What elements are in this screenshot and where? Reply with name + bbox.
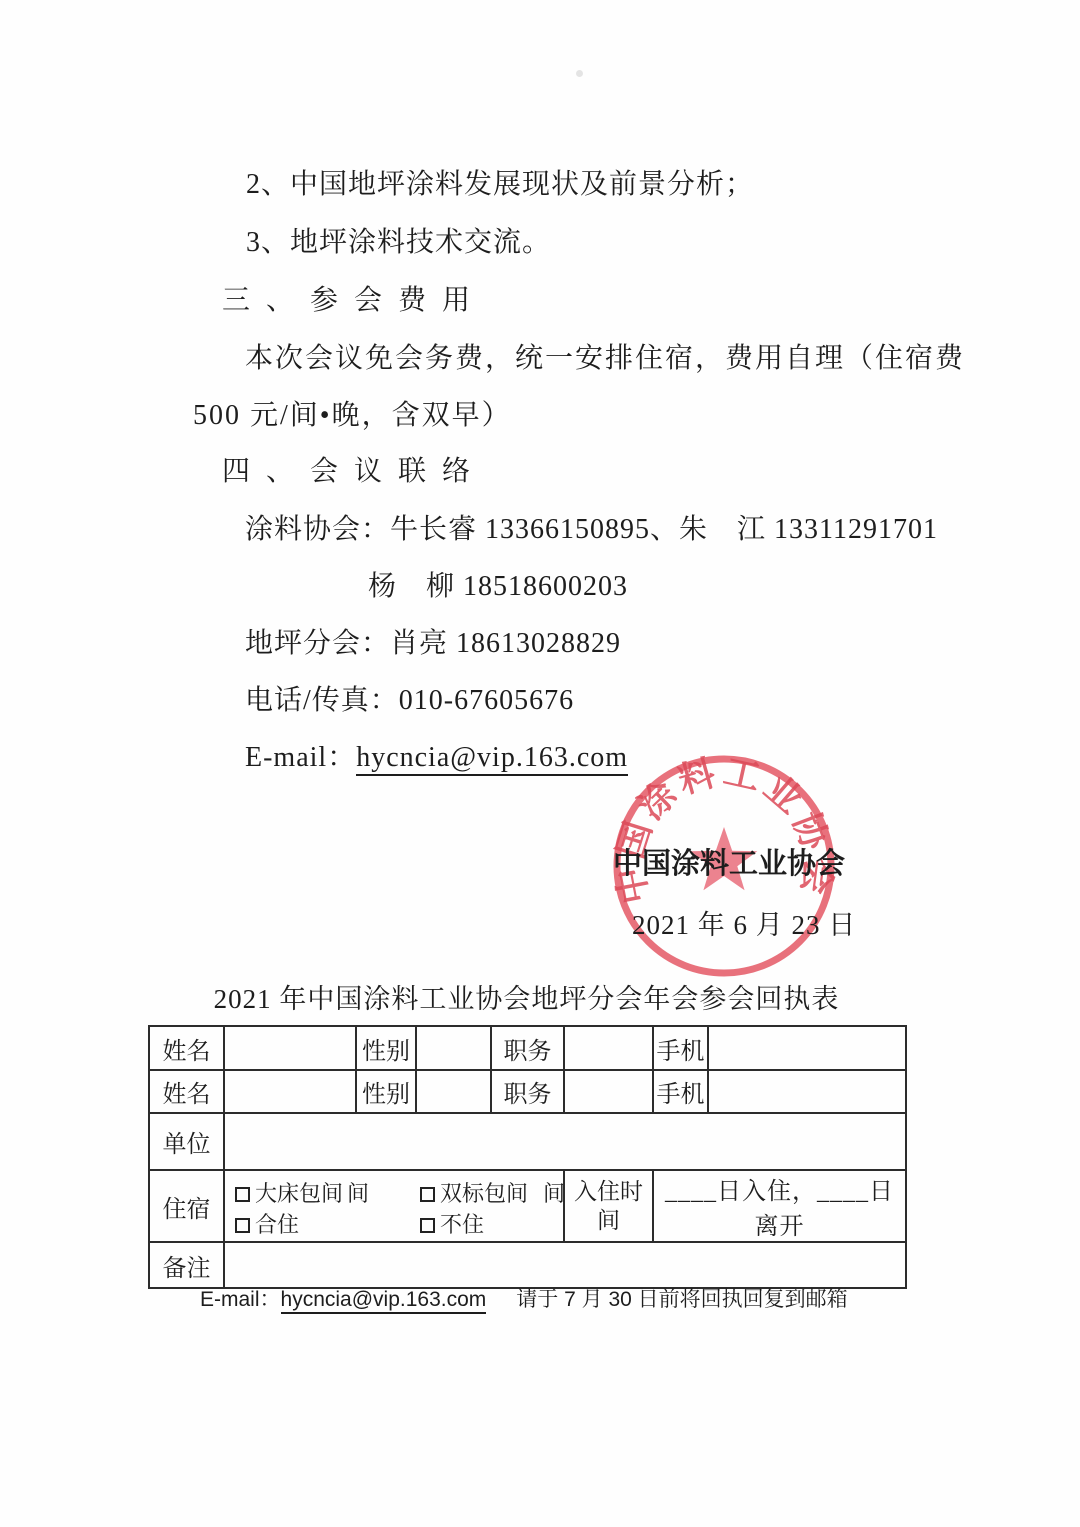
scan-artifact: [576, 70, 583, 77]
name-label: 姓名: [149, 1070, 224, 1113]
contact-line-yangliu: 杨 柳 18518600203: [368, 564, 628, 604]
lodging-option-line-1: 大床包间 间 双标包间 间: [225, 1175, 563, 1206]
checkbox-icon: [420, 1218, 435, 1233]
room-count-unit: 间: [347, 1177, 369, 1208]
checkin-label-line1: 入住时: [565, 1177, 652, 1206]
option-label: 大床包间: [255, 1181, 343, 1206]
position-input-cell: [564, 1026, 653, 1070]
section-heading-fees: 三、参会费用: [222, 278, 486, 318]
lodging-option-none: 不住: [420, 1208, 484, 1239]
lodging-option-share: 合住: [235, 1208, 299, 1239]
reply-form-title: 2021 年中国涂料工业协会地坪分会年会参会回执表: [148, 977, 905, 1016]
company-label: 单位: [149, 1113, 224, 1170]
fee-paragraph-line-1: 本次会议免会务费，统一安排住宿，费用自理（住宿费: [245, 336, 965, 376]
lodging-options-cell: 大床包间 间 双标包间 间 合住 不住: [224, 1170, 564, 1242]
lodging-option-kingbed: 大床包间: [235, 1177, 343, 1208]
footer-email-note: E-mail：hycncia@vip.163.com请于 7 月 30 日前将回…: [200, 1283, 848, 1313]
position-input-cell: [564, 1070, 653, 1113]
footer-email-address: hycncia@vip.163.com: [281, 1288, 487, 1314]
gender-input-cell: [416, 1026, 491, 1070]
name-input-cell: [224, 1026, 356, 1070]
company-input-cell: [224, 1113, 906, 1170]
table-row-lodging: 住宿 大床包间 间 双标包间 间 合住 不住 入住时 间 ____日入住，___…: [149, 1170, 906, 1242]
checkbox-icon: [420, 1187, 435, 1202]
signature-date: 2021 年 6 月 23 日: [632, 903, 856, 942]
email-label: E-mail：: [245, 742, 356, 773]
lodging-option-line-2: 合住 不住: [225, 1206, 563, 1237]
name-label: 姓名: [149, 1026, 224, 1070]
email-address: hycncia@vip.163.com: [356, 742, 628, 776]
lodging-option-twinbed: 双标包间: [420, 1177, 528, 1208]
footer-deadline-note: 请于 7 月 30 日前将回执回复到邮箱: [516, 1288, 847, 1311]
position-label: 职务: [491, 1070, 564, 1113]
checkin-time-label: 入住时 间: [564, 1170, 653, 1242]
lodging-label: 住宿: [149, 1170, 224, 1242]
option-label: 不住: [440, 1212, 484, 1237]
room-count-unit: 间: [543, 1177, 564, 1208]
signature-organization: 中国涂料工业协会: [610, 841, 848, 882]
checkin-label-line2: 间: [565, 1206, 652, 1235]
gender-input-cell: [416, 1070, 491, 1113]
mobile-label: 手机: [653, 1026, 708, 1070]
contact-line-association: 涂料协会：牛长睿 13366150895、朱 江 13311291701: [245, 507, 938, 547]
mobile-input-cell: [708, 1026, 906, 1070]
table-row-remark: 备注: [149, 1242, 906, 1288]
checkbox-icon: [235, 1187, 250, 1202]
document-page: 2、中国地坪涂料发展现状及前景分析； 3、地坪涂料技术交流。 三、参会费用 本次…: [0, 0, 1080, 1527]
remark-input-cell: [224, 1242, 906, 1288]
fee-paragraph-line-2: 500 元/间•晚，含双早）: [193, 393, 512, 433]
stay-dates-cell: ____日入住，____日离开: [653, 1170, 906, 1242]
footer-email-label: E-mail：: [200, 1288, 281, 1311]
contact-line-branch: 地坪分会：肖亮 18613028829: [245, 621, 621, 661]
name-input-cell: [224, 1070, 356, 1113]
agenda-item-2: 2、中国地坪涂料发展现状及前景分析；: [246, 162, 754, 202]
contact-line-phone-fax: 电话/传真：010-67605676: [245, 678, 574, 718]
agenda-item-3: 3、地坪涂料技术交流。: [246, 220, 551, 260]
table-row-attendee-2: 姓名 性别 职务 手机: [149, 1070, 906, 1113]
mobile-label: 手机: [653, 1070, 708, 1113]
section-heading-contacts: 四、会议联络: [222, 449, 486, 489]
gender-label: 性别: [356, 1070, 416, 1113]
checkbox-icon: [235, 1218, 250, 1233]
table-row-company: 单位: [149, 1113, 906, 1170]
gender-label: 性别: [356, 1026, 416, 1070]
mobile-input-cell: [708, 1070, 906, 1113]
option-label: 双标包间: [440, 1181, 528, 1206]
reply-form-table: 姓名 性别 职务 手机 姓名 性别 职务 手机 单位 住宿: [148, 1025, 907, 1289]
remark-label: 备注: [149, 1242, 224, 1288]
contact-line-email: E-mail：hycncia@vip.163.com: [245, 735, 628, 775]
table-row-attendee-1: 姓名 性别 职务 手机: [149, 1026, 906, 1070]
position-label: 职务: [491, 1026, 564, 1070]
option-label: 合住: [255, 1212, 299, 1237]
